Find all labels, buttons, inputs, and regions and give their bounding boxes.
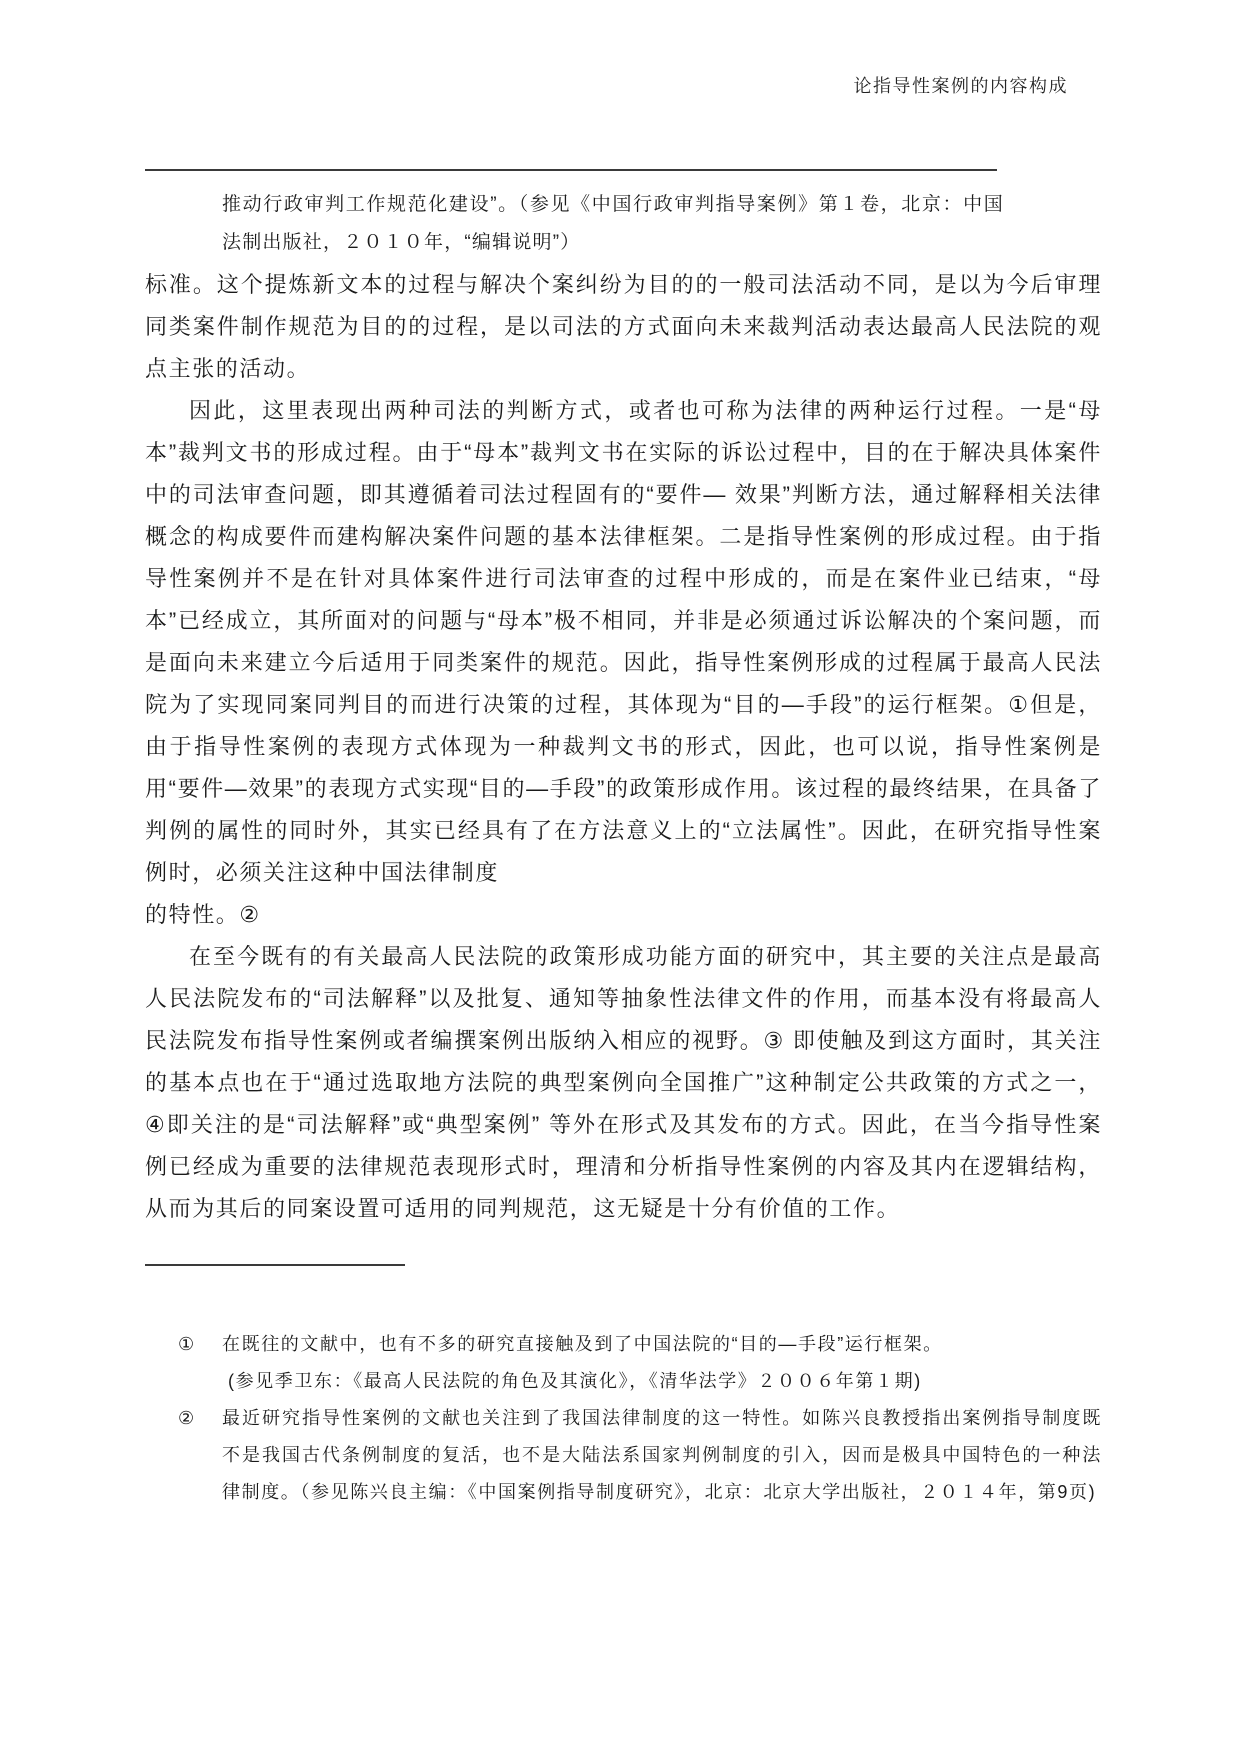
header-divider-rule (145, 169, 997, 171)
block-quote-citation: 推动行政审判工作规范化建设”。（参见《中国行政审判指导案例》第１卷，北京：中国法… (222, 186, 1004, 262)
footnote-body: 最近研究指导性案例的文献也关注到了我国法律制度的这一特性。如陈兴良教授指出案例指… (222, 1400, 1102, 1511)
footnote-marker: ① (145, 1326, 222, 1363)
footnote-item: ② 最近研究指导性案例的文献也关注到了我国法律制度的这一特性。如陈兴良教授指出案… (145, 1400, 1102, 1511)
running-head-title: 论指导性案例的内容构成 (854, 72, 1069, 98)
footnote-citation-line: (参见季卫东：《最高人民法院的角色及其演化》，《清华法学》２００６年第１期) (222, 1363, 1102, 1400)
body-paragraph: 因此，这里表现出两种司法的判断方式，或者也可称为法律的两种运行过程。一是“母本”… (145, 390, 1102, 894)
footnote-divider-rule (145, 1264, 405, 1266)
paper-page: 论指导性案例的内容构成 推动行政审判工作规范化建设”。（参见《中国行政审判指导案… (0, 0, 1240, 1754)
body-text: 标准。这个提炼新文本的过程与解决个案纠纷为目的的一般司法活动不同，是以为今后审理… (145, 264, 1102, 1230)
body-paragraph: 标准。这个提炼新文本的过程与解决个案纠纷为目的的一般司法活动不同，是以为今后审理… (145, 264, 1102, 390)
footnote-text-line: 在既往的文献中，也有不多的研究直接触及到了中国法院的“目的—手段”运行框架。 (222, 1326, 1102, 1363)
footnotes-section: ① 在既往的文献中，也有不多的研究直接触及到了中国法院的“目的—手段”运行框架。… (145, 1326, 1102, 1511)
footnote-item: ① 在既往的文献中，也有不多的研究直接触及到了中国法院的“目的—手段”运行框架。… (145, 1326, 1102, 1400)
body-paragraph: 的特性。② (145, 894, 1102, 936)
footnote-text-line: 最近研究指导性案例的文献也关注到了我国法律制度的这一特性。如陈兴良教授指出案例指… (222, 1400, 1102, 1511)
body-paragraph: 在至今既有的有关最高人民法院的政策形成功能方面的研究中，其主要的关注点是最高人民… (145, 936, 1102, 1230)
footnote-body: 在既往的文献中，也有不多的研究直接触及到了中国法院的“目的—手段”运行框架。 (… (222, 1326, 1102, 1400)
footnote-marker: ② (145, 1400, 222, 1437)
